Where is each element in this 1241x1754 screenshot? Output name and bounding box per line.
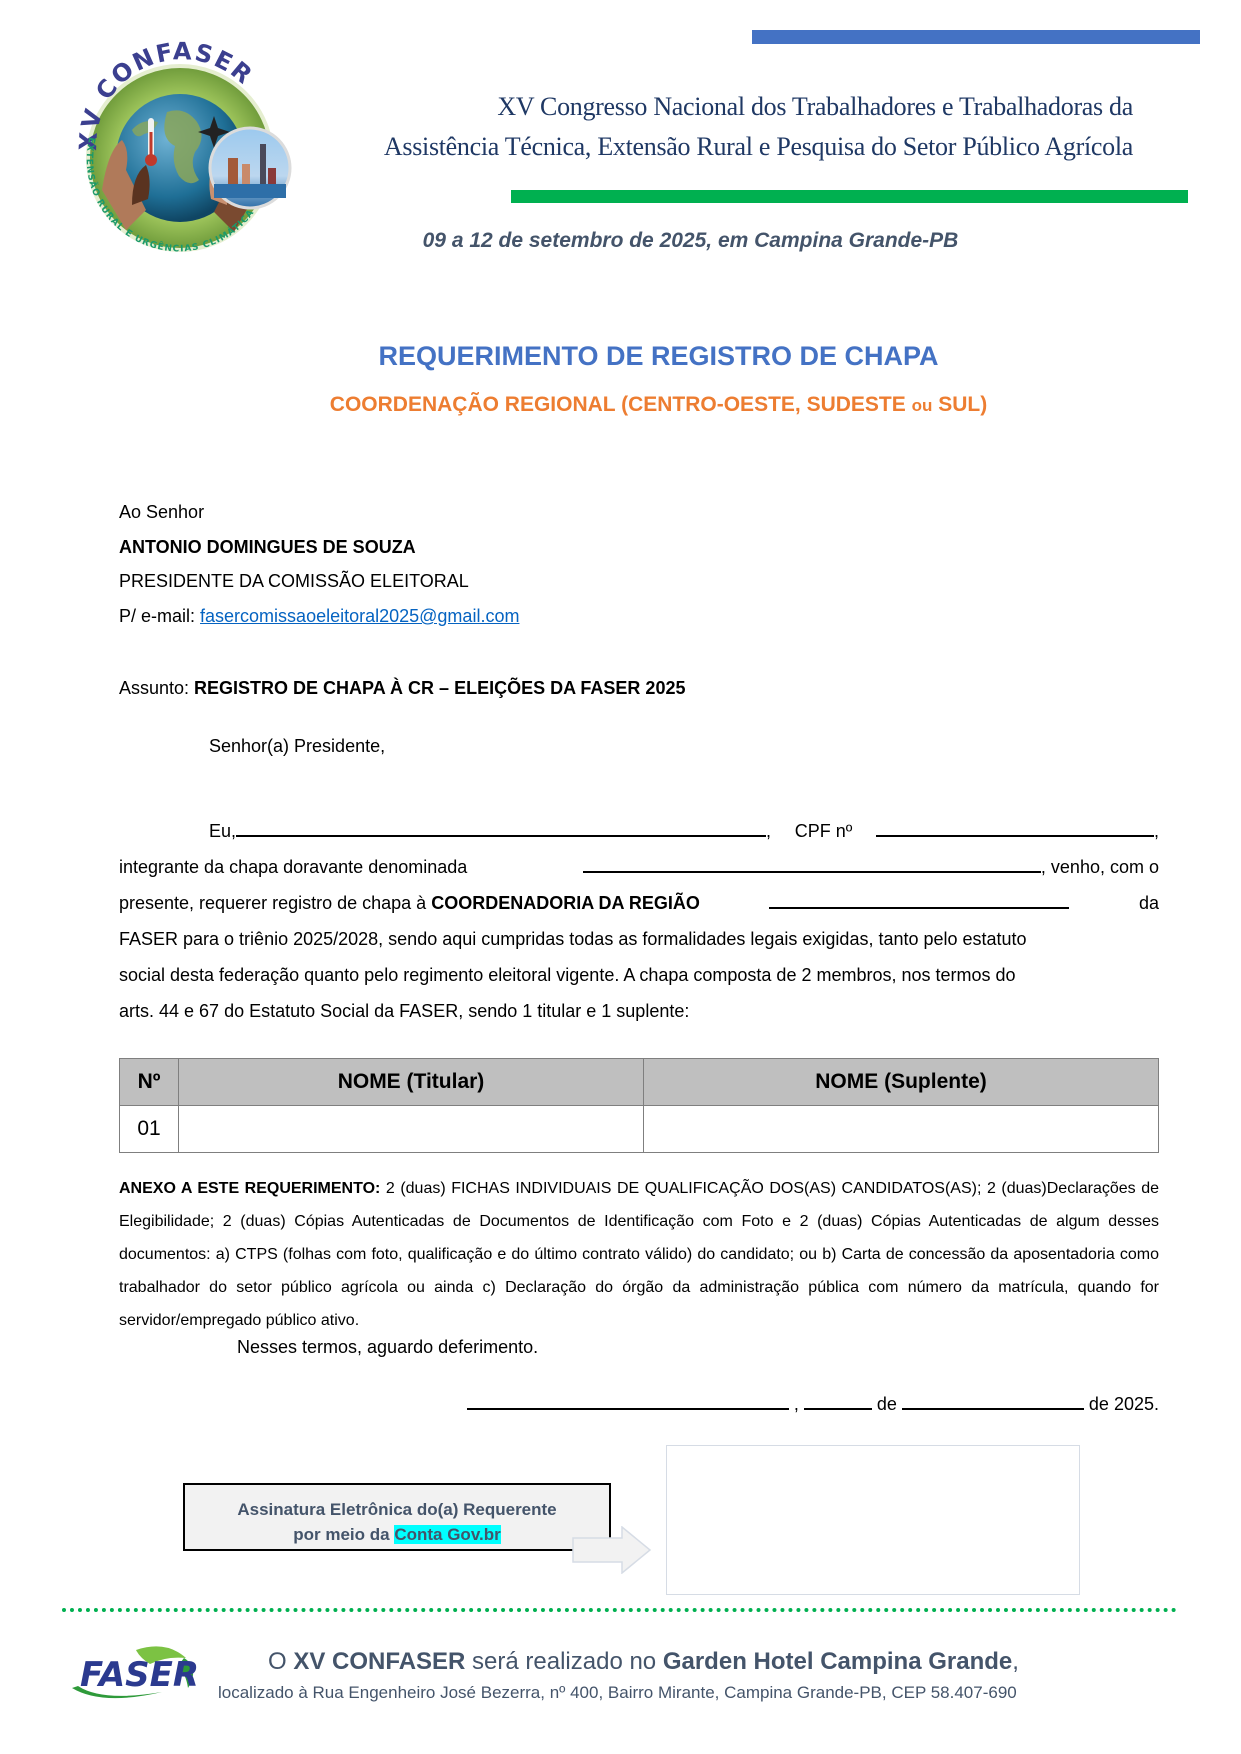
city-field[interactable] [467, 1390, 789, 1410]
chapa-name-field[interactable] [583, 853, 1041, 873]
signature-area[interactable] [666, 1445, 1080, 1595]
addressee-email-line: P/ e-mail: fasercomissaoeleitoral2025@gm… [119, 606, 519, 627]
paragraph-line-4: FASER para o triênio 2025/2028, sendo aq… [119, 921, 1159, 957]
header-titular: NOME (Titular) [179, 1059, 644, 1106]
arrow-right-icon [572, 1526, 652, 1574]
paragraph-line-6: arts. 44 e 67 do Estatuto Social da FASE… [119, 993, 1159, 1029]
annex-text: 2 (duas) FICHAS INDIVIDUAIS DE QUALIFICA… [119, 1180, 1159, 1329]
header-green-bar [511, 190, 1188, 203]
table-row: 01 [120, 1106, 1159, 1153]
addressee-role: PRESIDENTE DA COMISSÃO ELEITORAL [119, 571, 469, 592]
email-label: P/ e-mail: [119, 606, 200, 626]
document-subtitle: COORDENAÇÃO REGIONAL (CENTRO-OESTE, SUDE… [0, 393, 1241, 417]
gov-br-highlight: Conta Gov.br [394, 1525, 500, 1544]
day-field[interactable] [804, 1390, 872, 1410]
svg-text:FASER: FASER [80, 1655, 199, 1695]
region-field[interactable] [769, 889, 1069, 909]
header-suplente: NOME (Suplente) [644, 1059, 1159, 1106]
name-field[interactable] [236, 817, 766, 837]
congress-title-line1: XV Congresso Nacional dos Trabalhadores … [233, 92, 1133, 122]
salutation: Ao Senhor [119, 502, 204, 523]
date-line: , de de 2025. [467, 1390, 1159, 1415]
members-table: Nº NOME (Titular) NOME (Suplente) 01 [119, 1058, 1159, 1153]
row-number: 01 [120, 1106, 179, 1153]
subject-label: Assunto: [119, 678, 194, 698]
month-field[interactable] [902, 1390, 1084, 1410]
titular-name-cell[interactable] [179, 1106, 644, 1153]
paragraph-line-5: social desta federação quanto pelo regim… [119, 957, 1159, 993]
request-paragraph: Eu,, CPF nº , integrante da chapa dorava… [119, 813, 1159, 1029]
footer-address-line: localizado à Rua Engenheiro José Bezerra… [218, 1683, 1017, 1703]
document-title: REQUERIMENTO DE REGISTRO DE CHAPA [0, 341, 1241, 372]
annex-paragraph: ANEXO A ESTE REQUERIMENTO: 2 (duas) FICH… [119, 1172, 1159, 1337]
email-link[interactable]: fasercomissaoeleitoral2025@gmail.com [200, 606, 519, 626]
paragraph-line-1: Eu,, CPF nº , [119, 813, 1159, 849]
subject-line: Assunto: REGISTRO DE CHAPA À CR – ELEIÇÕ… [119, 678, 685, 699]
footer-dotted-divider [62, 1608, 1177, 1612]
greeting: Senhor(a) Presidente, [209, 736, 385, 757]
table-header-row: Nº NOME (Titular) NOME (Suplente) [120, 1059, 1159, 1106]
congress-title-line2: Assistência Técnica, Extensão Rural e Pe… [233, 132, 1133, 162]
faser-logo: FASER [66, 1644, 216, 1700]
footer-venue-line: O XV CONFASER será realizado no Garden H… [268, 1648, 1019, 1676]
header-number: Nº [120, 1059, 179, 1106]
annex-label: ANEXO A ESTE REQUERIMENTO: [119, 1180, 380, 1197]
header-blue-bar [752, 30, 1200, 44]
paragraph-line-3: presente, requerer registro de chapa à C… [119, 885, 1159, 921]
signature-instruction-box: Assinatura Eletrônica do(a) Requerente p… [183, 1483, 611, 1551]
closing-text: Nesses termos, aguardo deferimento. [237, 1337, 538, 1358]
addressee-name: ANTONIO DOMINGUES DE SOUZA [119, 537, 416, 558]
suplente-name-cell[interactable] [644, 1106, 1159, 1153]
event-dates: 09 a 12 de setembro de 2025, em Campina … [0, 229, 1241, 253]
subject-value: REGISTRO DE CHAPA À CR – ELEIÇÕES DA FAS… [194, 678, 685, 698]
cpf-field[interactable] [876, 817, 1154, 837]
paragraph-line-2: integrante da chapa doravante denominada… [119, 849, 1159, 885]
